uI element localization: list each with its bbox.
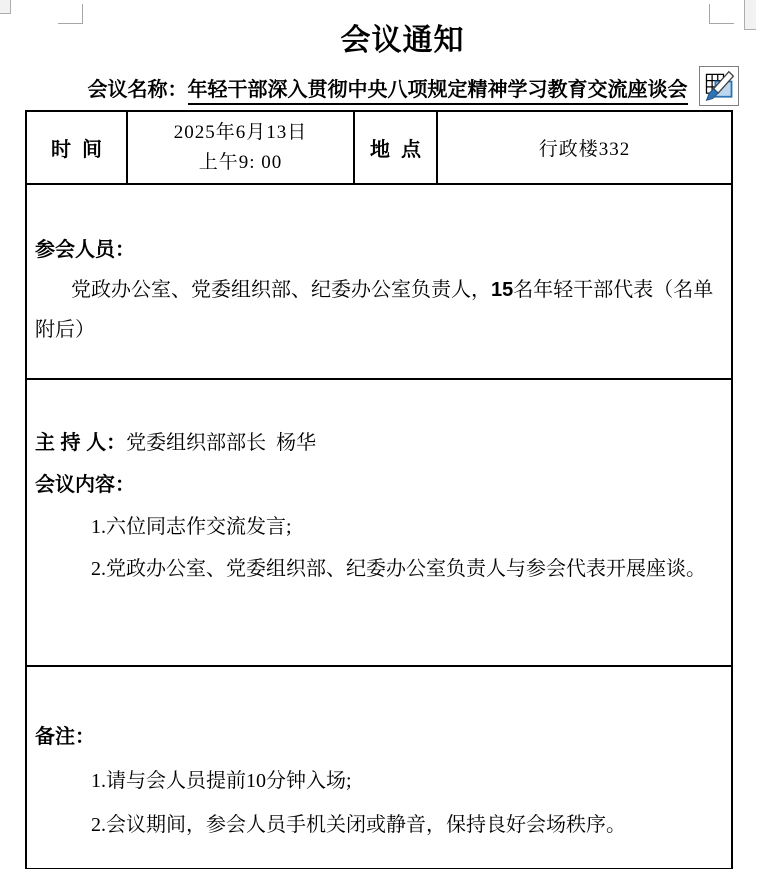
host-label: 主 持 人： [35, 432, 126, 454]
page-margin-mark-top-left [58, 4, 83, 24]
window-chrome-fragment [0, 0, 11, 14]
agenda-item: 2.党政办公室、党委组织部、纪委办公室负责人与参会代表开展座谈。 [91, 548, 719, 590]
meeting-name-line: 会议名称：年轻干部深入贯彻中央八项规定精神学习教育交流座谈会 [18, 76, 757, 104]
time-value-cell: 2025年6月13日 上午9: 00 [128, 112, 355, 183]
location-value-cell: 行政楼332 [438, 112, 731, 183]
participants-count: 15 [491, 279, 513, 301]
meeting-name-label: 会议名称： [88, 79, 188, 101]
agenda-label: 会议内容： [35, 464, 719, 506]
host-line: 主 持 人：党委组织部部长 杨华 [35, 422, 719, 464]
meeting-name-value: 年轻干部深入贯彻中央八项规定精神学习教育交流座谈会 [188, 79, 688, 105]
page-margin-mark-top-right [709, 4, 734, 24]
table-border-painter-icon[interactable] [699, 66, 739, 106]
agenda-item: 1.六位同志作交流发言; [91, 506, 719, 548]
meeting-notice-table: 时 间 2025年6月13日 上午9: 00 地 点 行政楼332 参会人员： … [25, 110, 733, 869]
time-hour: 上午9: 00 [199, 148, 283, 178]
page-title: 会议通知 [48, 22, 757, 60]
participants-text-prefix: 党政办公室、党委组织部、纪委办公室负责人， [71, 279, 491, 301]
table-with-brush-glyph [702, 69, 736, 103]
time-date: 2025年6月13日 [174, 118, 308, 148]
notes-item: 1.请与会人员提前10分钟入场; [91, 759, 719, 803]
table-row-time-location: 时 间 2025年6月13日 上午9: 00 地 点 行政楼332 [27, 112, 731, 185]
participants-label: 参会人员： [35, 230, 719, 270]
notes-label: 备注： [35, 715, 719, 759]
notes-item: 2.会议期间，参会人员手机关闭或静音，保持良好会场秩序。 [91, 803, 719, 847]
table-row-participants: 参会人员： 党政办公室、党委组织部、纪委办公室负责人，15名年轻干部代表（名单附… [27, 185, 731, 380]
time-label-cell: 时 间 [27, 112, 128, 183]
host-value: 党委组织部部长 杨华 [126, 432, 316, 454]
participants-text: 党政办公室、党委组织部、纪委办公室负责人，15名年轻干部代表（名单附后） [35, 270, 719, 350]
table-row-host-agenda: 主 持 人：党委组织部部长 杨华 会议内容： 1.六位同志作交流发言; 2.党政… [27, 380, 731, 667]
table-row-notes: 备注： 1.请与会人员提前10分钟入场; 2.会议期间，参会人员手机关闭或静音，… [27, 667, 731, 867]
location-label-cell: 地 点 [355, 112, 438, 183]
document-page: 会议通知 会议名称：年轻干部深入贯彻中央八项规定精神学习教育交流座谈会 时 间 [0, 0, 757, 869]
